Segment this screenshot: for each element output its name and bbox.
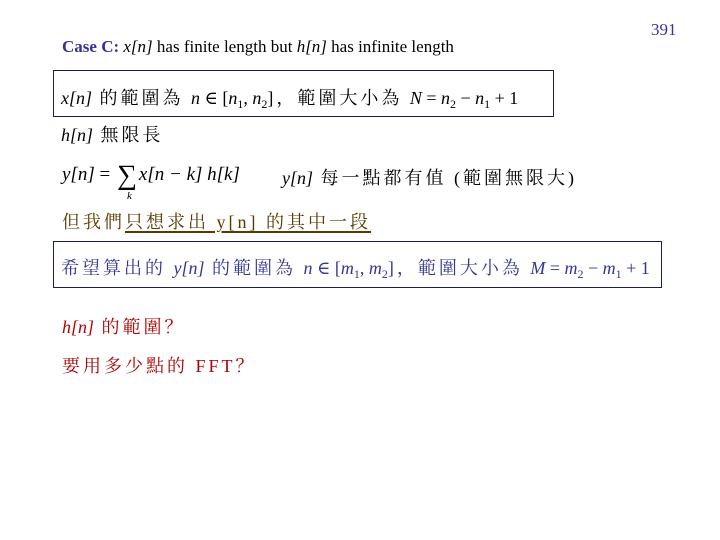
var-N: N bbox=[410, 88, 422, 108]
title-h: h[n] bbox=[297, 37, 327, 56]
text: 每一點都有值 (範圍無限大) bbox=[313, 168, 577, 188]
var-n: n bbox=[191, 88, 200, 108]
text: 無限長 bbox=[93, 125, 164, 145]
text: 的範圍為 bbox=[92, 88, 191, 108]
formula-rhs: x[n − k] h[k] bbox=[139, 164, 240, 185]
var-m1: m bbox=[341, 258, 354, 278]
y-signal: y[n] bbox=[282, 168, 313, 188]
title-x: x[n] bbox=[123, 37, 152, 56]
var-n1: n bbox=[475, 88, 484, 108]
text: = bbox=[422, 88, 441, 108]
x-signal: x[n] bbox=[61, 88, 92, 108]
segment-text: 但我們只想求出 y[n] 的其中一段 bbox=[62, 208, 371, 234]
convolution-formula: y[n] = ∑kx[n − k] h[k] bbox=[62, 160, 240, 192]
formula-note: y[n] 每一點都有值 (範圍無限大) bbox=[282, 164, 577, 190]
var-n: n bbox=[304, 258, 313, 278]
var-m2: m bbox=[369, 258, 382, 278]
summation-symbol: ∑k bbox=[117, 160, 137, 192]
question-fft-size: 要用多少點的 FFT？ bbox=[62, 352, 257, 378]
formula-lhs: y[n] bbox=[62, 164, 95, 185]
text: 但我們 bbox=[62, 212, 125, 232]
h-infinite-text: h[n] 無限長 bbox=[61, 121, 164, 147]
text: ∈ [ bbox=[313, 258, 341, 278]
text: + 1 bbox=[490, 88, 518, 108]
y-range-text: 希望算出的 y[n] 的範圍為 n ∈ [m1, m2]，範圍大小為 M = m… bbox=[61, 254, 650, 282]
h-signal: h[n] bbox=[62, 317, 94, 337]
text: ]，範圍大小為 bbox=[267, 88, 410, 108]
x-range-text: x[n] 的範圍為 n ∈ [n1, n2]，範圍大小為 N = n2 − n1… bbox=[61, 84, 518, 112]
text: ∈ [ bbox=[200, 88, 228, 108]
underlined-text: 只想求出 y[n] 的其中一段 bbox=[125, 212, 371, 232]
text: = bbox=[95, 164, 115, 185]
sigma: ∑ bbox=[117, 160, 137, 191]
var-n2: n bbox=[252, 88, 261, 108]
text: 的範圍為 bbox=[205, 258, 304, 278]
h-signal: h[n] bbox=[61, 125, 93, 145]
title-end: has infinite length bbox=[327, 37, 454, 56]
text: , bbox=[243, 88, 252, 108]
text: 希望算出的 bbox=[61, 258, 174, 278]
slide-title: Case C: x[n] has finite length but h[n] … bbox=[62, 37, 454, 57]
text: 的範圍？ bbox=[94, 317, 186, 337]
text: − bbox=[456, 88, 475, 108]
var-n1: n bbox=[228, 88, 237, 108]
title-mid: has finite length but bbox=[153, 37, 297, 56]
case-label: Case C: bbox=[62, 37, 119, 56]
text: = bbox=[545, 258, 564, 278]
var-m1: m bbox=[603, 258, 616, 278]
text: 要用多少點的 FFT？ bbox=[62, 356, 257, 376]
text: ]，範圍大小為 bbox=[388, 258, 531, 278]
y-signal: y[n] bbox=[174, 258, 205, 278]
var-m2: m bbox=[564, 258, 577, 278]
question-h-range: h[n] 的範圍？ bbox=[62, 313, 186, 339]
page-number: 391 bbox=[651, 20, 677, 40]
text: , bbox=[360, 258, 369, 278]
text: + 1 bbox=[622, 258, 650, 278]
sum-index: k bbox=[127, 190, 132, 202]
text: − bbox=[583, 258, 602, 278]
var-M: M bbox=[530, 258, 545, 278]
var-n2: n bbox=[441, 88, 450, 108]
